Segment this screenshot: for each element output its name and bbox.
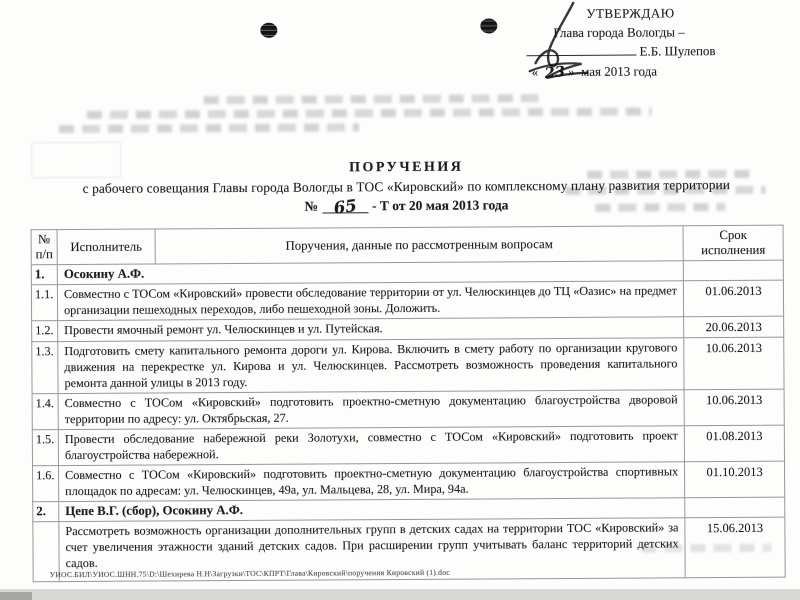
header-orders: Поручения, данные по рассмотренным вопро… — [155, 226, 683, 264]
cell-deadline: 01.08.2013 — [684, 425, 784, 462]
cell-deadline: 20.06.2013 — [684, 316, 784, 338]
cell-number: 1.6. — [33, 466, 59, 502]
cell-number: 1.5. — [32, 430, 58, 466]
table-row: 1.1.Совместно с ТОСом «Кировский» провес… — [31, 280, 783, 321]
number-suffix: - Т от 20 мая 2013 года — [372, 197, 508, 213]
cell-number: 2. — [33, 502, 59, 522]
bleed-through-line — [87, 107, 652, 118]
header-deadline: Срок исполнения — [683, 225, 783, 261]
scanner-edge-dark-block — [0, 592, 32, 600]
cell-number: 1. — [31, 265, 57, 285]
bleed-through-line — [204, 94, 544, 104]
cell-deadline: 15.06.2013 — [685, 517, 785, 578]
table-row: 1.3.Подготовить смету капитального ремон… — [32, 337, 784, 394]
hole-punch-left — [260, 23, 277, 38]
approval-date: « 23 » мая 2013 года — [532, 61, 742, 80]
cell-deadline: 01.10.2013 — [685, 461, 785, 498]
cell-order-text: Совместно с ТОСом «Кировский» подготовит… — [58, 390, 684, 430]
table-header-row: № п/п Исполнитель Поручения, данные по р… — [31, 225, 783, 265]
cell-number: 1.4. — [32, 394, 58, 430]
approver-name: Е.Б. Шулепов — [636, 43, 715, 58]
cell-order-text: Совместно с ТОСом «Кировский» провести о… — [57, 281, 683, 321]
cell-number: 1.1. — [31, 285, 57, 321]
table-row: 1.6.Совместно с ТОСом «Кировский» подгот… — [33, 461, 785, 502]
cell-number: 1.3. — [32, 342, 58, 394]
approval-date-rest: мая 2013 года — [581, 63, 657, 78]
cell-deadline: 10.06.2013 — [684, 389, 784, 426]
quote-open: « — [532, 64, 539, 79]
cell-order-text: Подготовить смету капитального ремонта д… — [58, 338, 684, 394]
signature-rule — [526, 42, 636, 57]
document-title: ПОРУЧЕНИЯ — [30, 158, 782, 179]
quote-close: » — [568, 63, 575, 78]
approval-block: УТВЕРЖДАЮ Глава города Вологды – Е.Б. Шу… — [526, 4, 741, 80]
orders-table-body: 1.Осокину А.Ф.1.1.Совместно с ТОСом «Кир… — [31, 260, 785, 582]
table-row: 1.5.Провести обследование набережной рек… — [32, 425, 784, 466]
bleed-through-line — [59, 123, 359, 133]
title-block: ПОРУЧЕНИЯ с рабочего совещания Главы гор… — [30, 158, 782, 217]
number-blank: 65 — [322, 198, 368, 213]
signature-line: Е.Б. Шулепов — [526, 41, 741, 61]
cell-deadline — [685, 497, 785, 518]
header-executor: Исполнитель — [57, 229, 155, 265]
cell-order-text: Совместно с ТОСом «Кировский» подготовит… — [58, 462, 684, 502]
document-subtitle: с рабочего совещания Главы города Вологд… — [30, 177, 782, 198]
approver-position: Глава города Вологды – — [553, 22, 741, 41]
cell-number: 1.2. — [32, 321, 58, 342]
cell-deadline: 01.06.2013 — [683, 280, 783, 317]
table-row: 1.4.Совместно с ТОСом «Кировский» подгот… — [32, 389, 784, 430]
header-num: № п/п — [31, 230, 57, 265]
cell-order-text: Провести обследование набережной реки Зо… — [58, 426, 684, 466]
approval-word: УТВЕРЖДАЮ — [586, 4, 741, 22]
cell-deadline — [683, 260, 783, 281]
number-prefix: № — [304, 198, 318, 213]
handwritten-number: 65 — [333, 199, 357, 215]
document-sheet: УТВЕРЖДАЮ Глава города Вологды – Е.Б. Шу… — [0, 0, 800, 600]
cell-deadline: 10.06.2013 — [684, 337, 784, 390]
orders-table: № п/п Исполнитель Поручения, данные по р… — [31, 225, 786, 583]
handwritten-day: 23 — [544, 63, 566, 82]
document-number-line: №65- Т от 20 мая 2013 года — [30, 196, 782, 217]
scanner-edge-strip — [0, 589, 800, 600]
hole-punch-right — [480, 18, 497, 33]
scanned-page: УТВЕРЖДАЮ Глава города Вологды – Е.Б. Шу… — [0, 0, 800, 600]
